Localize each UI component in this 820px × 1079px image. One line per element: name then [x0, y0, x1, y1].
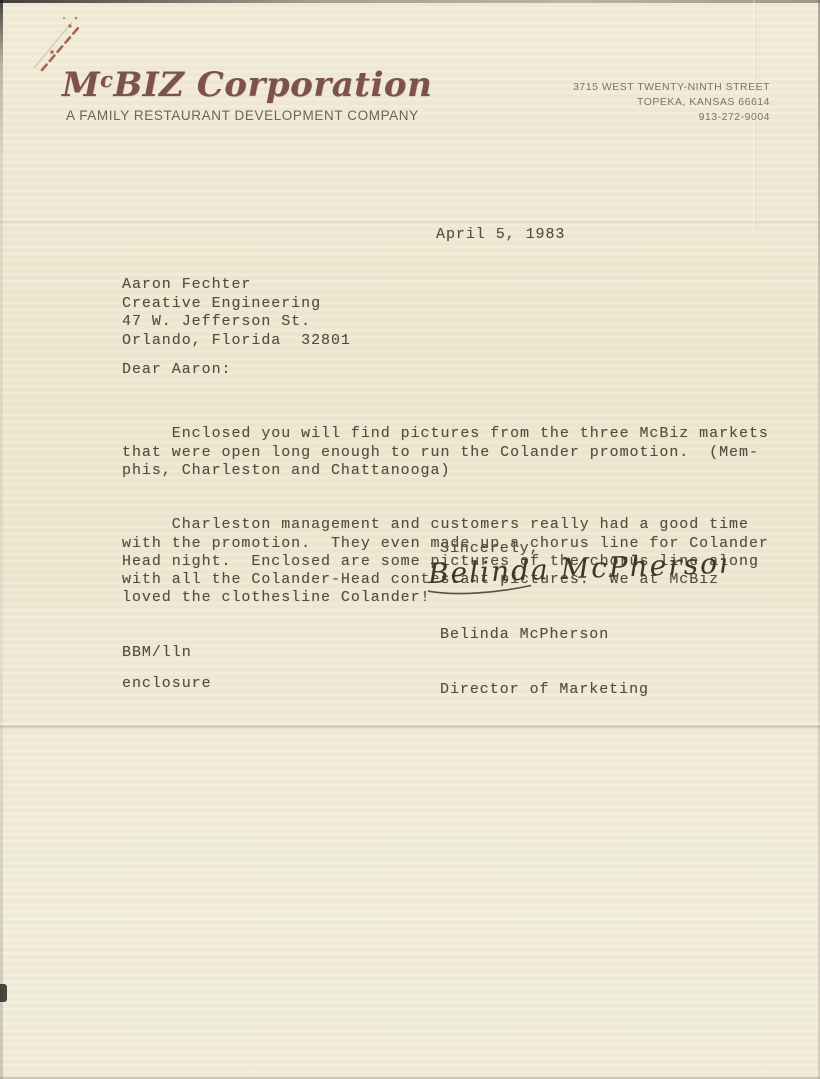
scanned-letter-page: McBIZ Corporation A FAMILY RESTAURANT DE… [0, 0, 820, 1079]
salutation: Dear Aaron: [122, 361, 231, 379]
company-tagline: A FAMILY RESTAURANT DEVELOPMENT COMPANY [66, 108, 419, 123]
body-paragraph-1: Enclosed you will find pictures from the… [122, 425, 769, 480]
reference-initials: BBM/lln [122, 644, 192, 662]
logo-superscript-c: c [100, 67, 113, 92]
scan-dark-mark [0, 984, 7, 1002]
address-street: 3715 WEST TWENTY-NINTH STREET [573, 80, 770, 95]
logo-rest: BIZ Corporation [113, 65, 432, 105]
company-logo-text: McBIZ Corporation [62, 66, 432, 104]
address-city: TOPEKA, KANSAS 66614 [573, 95, 770, 110]
signature-script-text: Belinda McPherson [426, 546, 726, 590]
letter-date: April 5, 1983 [436, 226, 565, 244]
signer-name: Belinda McPherson [440, 626, 649, 644]
scan-edge-left [0, 0, 3, 1079]
signature-block: Belinda McPherson Director of Marketing [440, 590, 649, 736]
scan-edge-top [0, 0, 820, 3]
phone-number: 913-272-9004 [573, 110, 770, 125]
fold-crease-upper [0, 218, 820, 224]
letterhead-address-block: 3715 WEST TWENTY-NINTH STREET TOPEKA, KA… [573, 80, 770, 125]
fold-crease-lower [0, 722, 820, 730]
recipient-address-block: Aaron Fechter Creative Engineering 47 W.… [122, 276, 351, 351]
signer-title: Director of Marketing [440, 681, 649, 699]
logo-letter-m: M [62, 65, 100, 105]
enclosure-notation: enclosure [122, 675, 212, 693]
